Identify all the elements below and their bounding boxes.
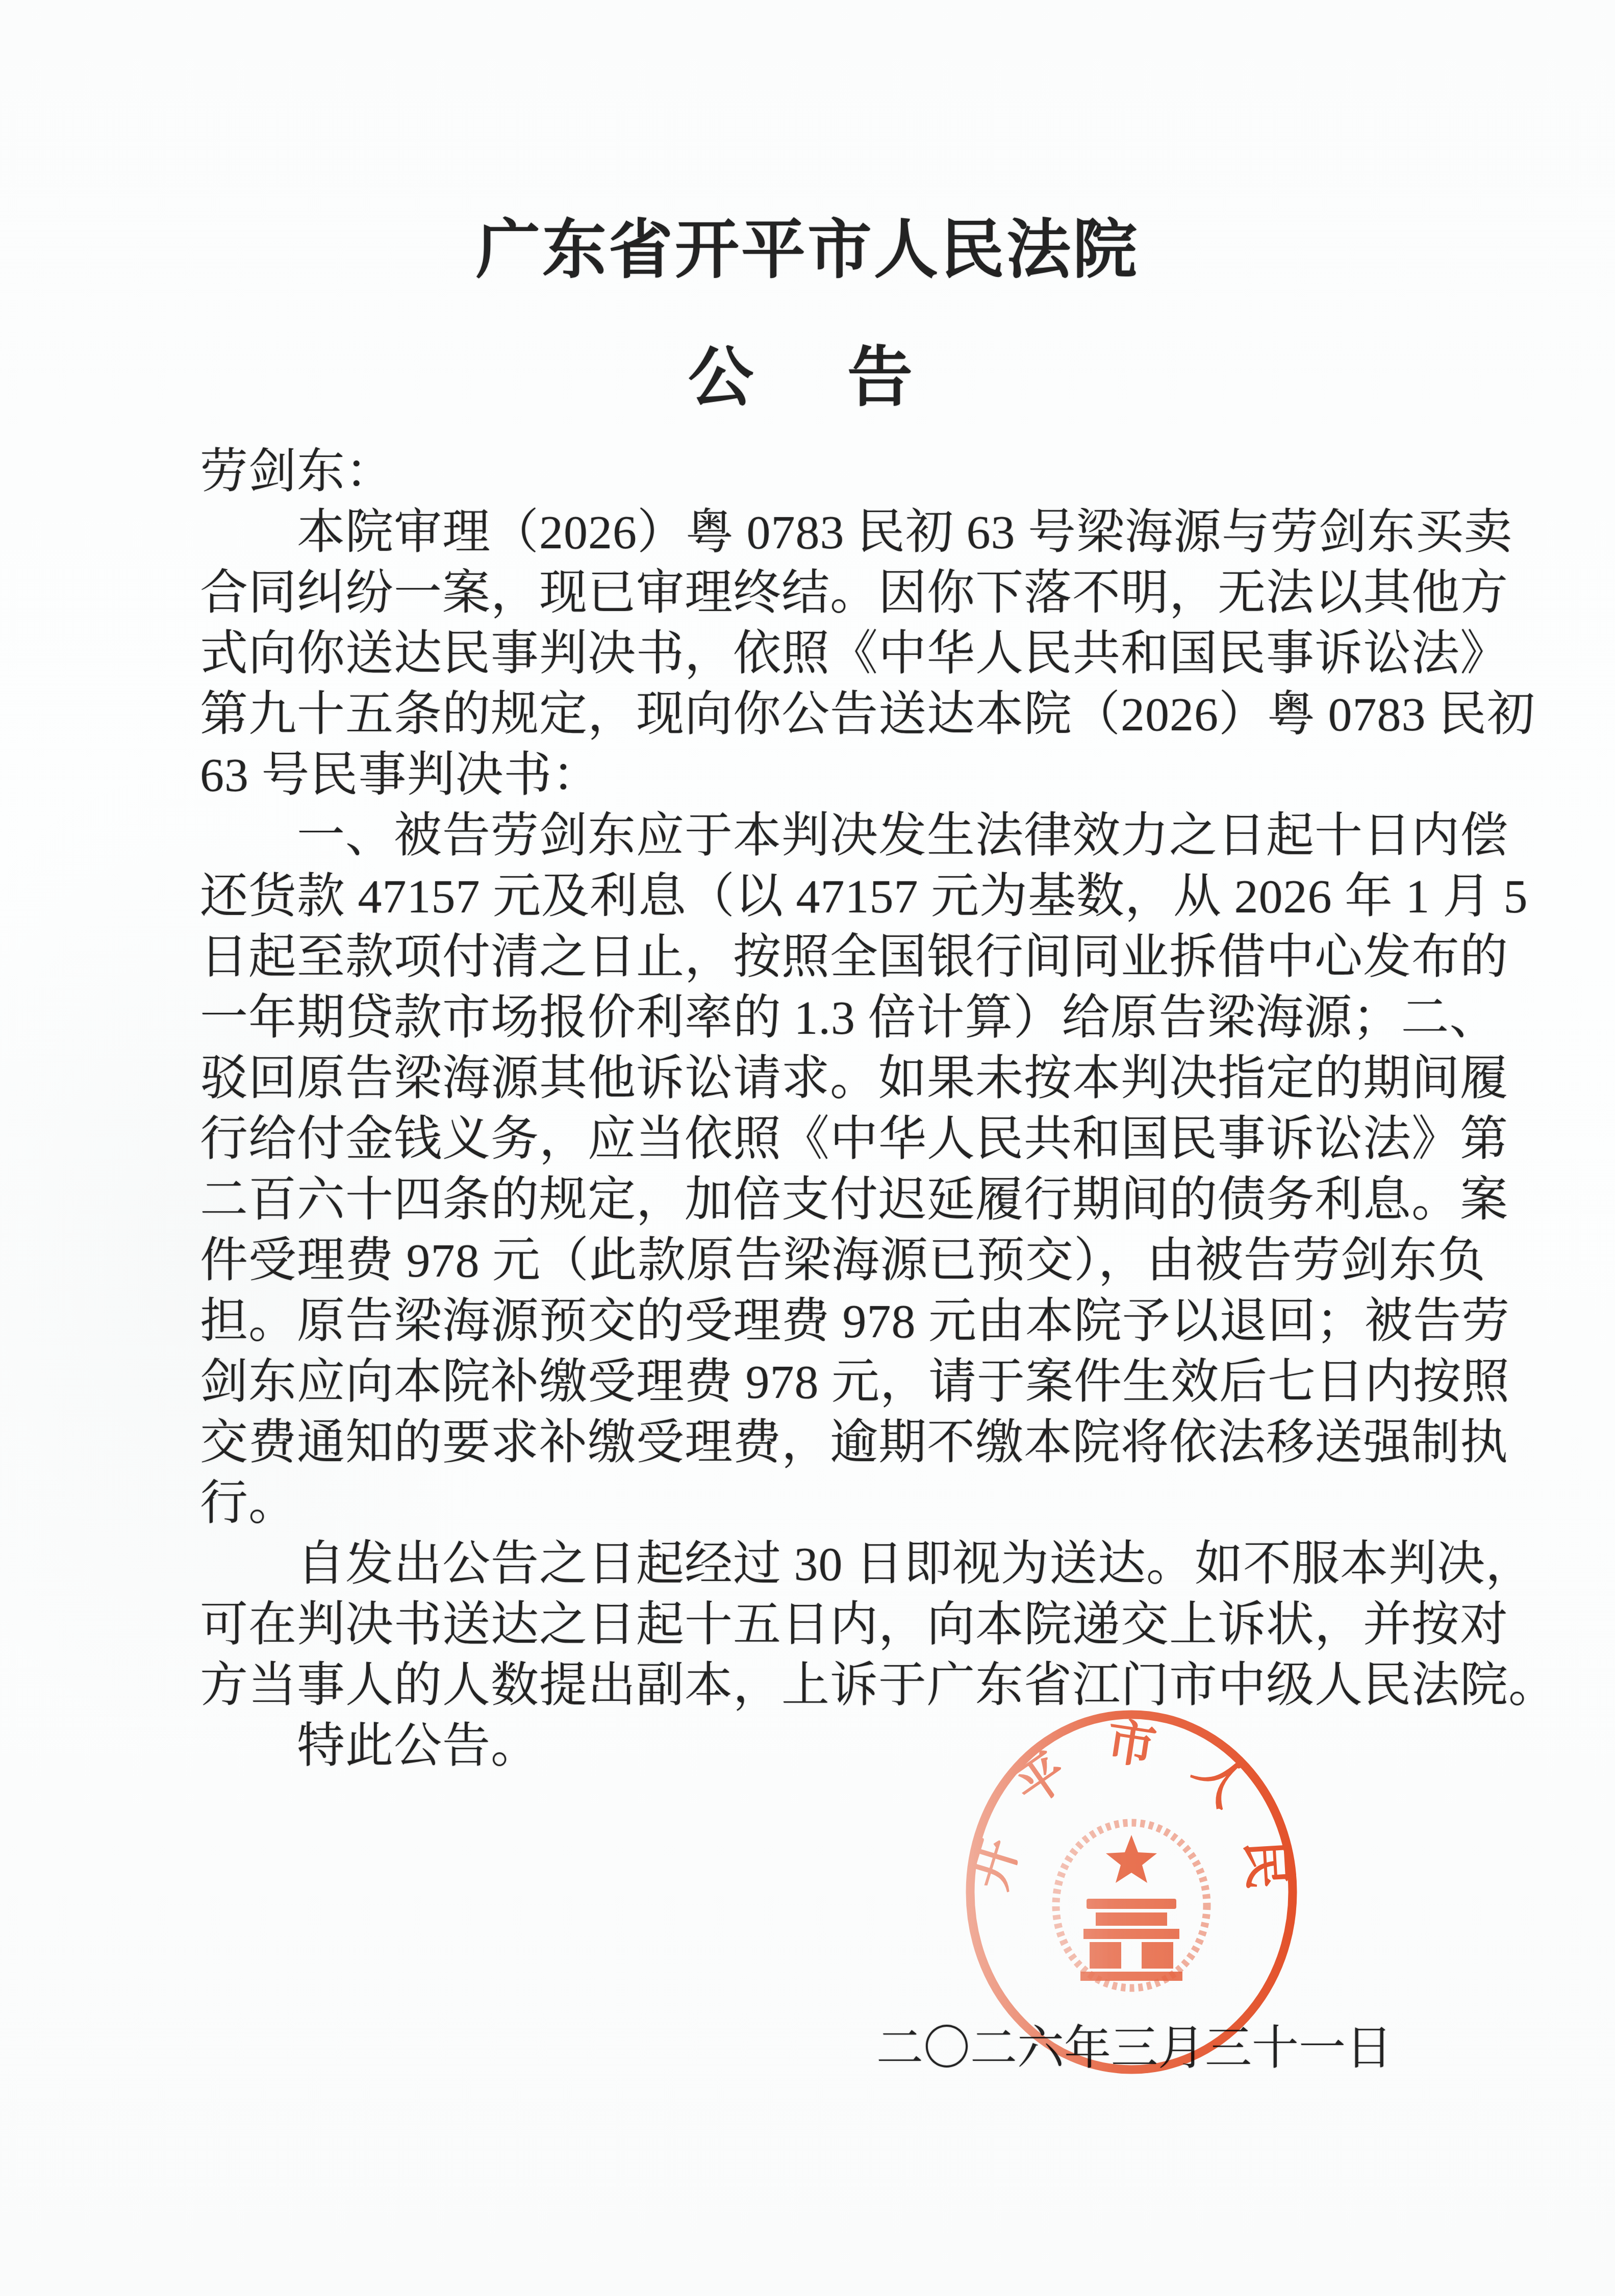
court-name-title: 广东省开平市人民法院 <box>0 214 1615 288</box>
emblem-gate-icon <box>1080 1899 1182 1981</box>
court-announcement-page: 广东省开平市人民法院 公 告 劳剑东： 本院审理（2026）粤 0783 民初 … <box>0 0 1615 2296</box>
announcement-body: 劳剑东： 本院审理（2026）粤 0783 民初 63 号梁海源与劳剑东买卖 合… <box>200 442 1536 1777</box>
doc-type-title: 公 告 <box>0 341 1615 416</box>
emblem-wreath-ring <box>1056 1823 1207 1988</box>
emblem-star-icon <box>1106 1835 1157 1883</box>
issue-date: 二〇二六年三月三十一日 <box>876 2010 1393 2078</box>
national-emblem-icon <box>1056 1823 1207 1988</box>
